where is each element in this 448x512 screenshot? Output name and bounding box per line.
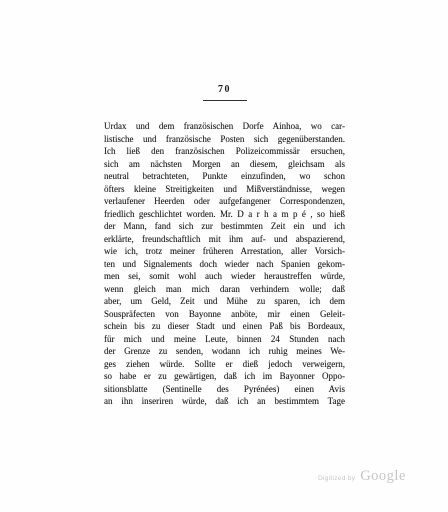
text-line: sitionsblatte (Sentinelle des Pyrénées) … (104, 383, 345, 396)
text-line: listische und französische Posten sich g… (104, 133, 345, 146)
text-line: men sei, somit wohl auch wieder heraustr… (104, 270, 345, 283)
text-line: sich am nächsten Morgen an diesem, gleic… (104, 158, 345, 171)
text-line: verlaufener Heerden oder aufgefangener C… (104, 195, 345, 208)
page-number: 70 (104, 84, 345, 95)
text-line: aber, um Geld, Zeit und Mühe zu sparen, … (104, 295, 345, 308)
page-header: 70 (104, 84, 345, 101)
text-line: erklärte, freundschaftlich mit ihm auf- … (104, 233, 345, 246)
google-logo: Google (360, 468, 406, 485)
text-line: öfters kleine Streitigkeiten und Mißvers… (104, 183, 345, 196)
watermark-prefix-label: Digitized by (318, 475, 355, 482)
book-page: 70 Urdax und dem französischen Dorfe Ain… (0, 0, 448, 512)
text-line: an ihn inseriren würde, daß ich an besti… (104, 395, 345, 408)
text-line: ges ziehen würde. Sollte er dieß jedoch … (104, 358, 345, 371)
digitized-watermark: Digitized by Google (318, 468, 406, 485)
text-line: wenn gleich man mich daran verhindern wo… (104, 283, 345, 296)
text-line: ten und Signalements doch wieder nach Sp… (104, 258, 345, 271)
text-line: der Grenze zu senden, wodann ich ruhig m… (104, 345, 345, 358)
text-line: schein bis zu dieser Stadt und einen Paß… (104, 320, 345, 333)
text-line: so habe er zu gewärtigen, daß ich im Bay… (104, 370, 345, 383)
text-line: neutral betrachteten, Punkte einzufinden… (104, 170, 345, 183)
text-line: Souspräfecten von Bayonne anböte, mir ei… (104, 308, 345, 321)
text-line: friedlich geschlichtet worden. Mr. D a r… (104, 208, 345, 221)
text-line: der Mann, fand sich zur bestimmten Zeit … (104, 220, 345, 233)
body-text: Urdax und dem französischen Dorfe Ainhoa… (104, 120, 345, 408)
text-line: Urdax und dem französischen Dorfe Ainhoa… (104, 120, 345, 133)
text-line: wie ich, trotz meiner früheren Arrestati… (104, 245, 345, 258)
header-rule (203, 100, 247, 101)
text-line: Ich ließ den französischen Polizeicommis… (104, 145, 345, 158)
text-line: für mich und meine Leute, binnen 24 Stun… (104, 333, 345, 346)
